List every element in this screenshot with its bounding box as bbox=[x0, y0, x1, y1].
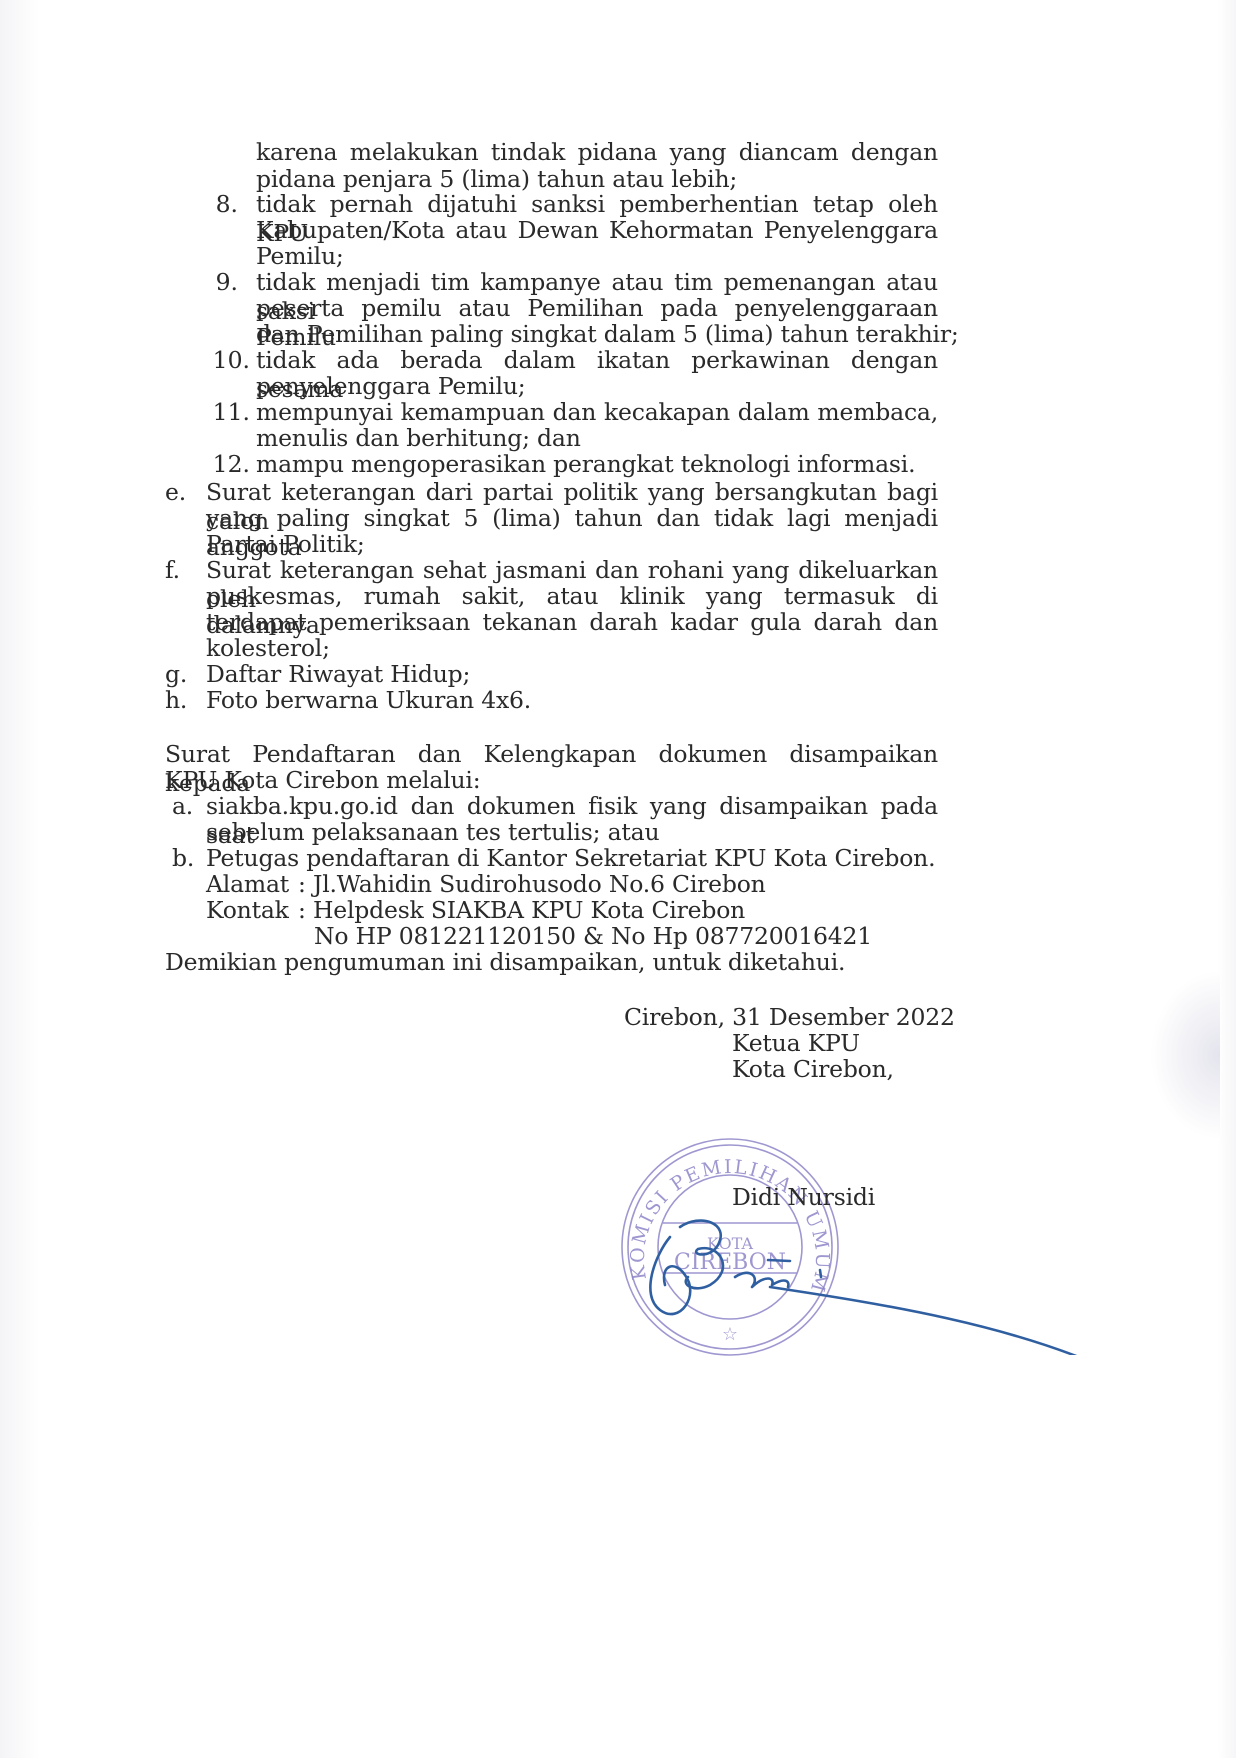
item-number-8: 8. bbox=[200, 190, 238, 219]
scan-right-edge bbox=[1218, 0, 1236, 1758]
item-9-line-3: dan Pemilihan paling singkat dalam 5 (li… bbox=[256, 320, 959, 349]
item-11-line-1: mempunyai kemampuan dan kecakapan dalam … bbox=[256, 398, 938, 427]
signature-position-2: Kota Cirebon, bbox=[732, 1055, 894, 1084]
continuation-line-1: karena melakukan tindak pidana yang dian… bbox=[256, 138, 938, 167]
item-8-line-3: Pemilu; bbox=[256, 242, 344, 271]
closing-statement: Demikian pengumuman ini disampaikan, unt… bbox=[165, 948, 845, 977]
scan-shadow bbox=[1150, 970, 1220, 1140]
item-f-line-3: terdapat pemeriksaan tekanan darah kadar… bbox=[206, 608, 938, 637]
contact-value: : Helpdesk SIAKBA KPU Kota Cirebon bbox=[298, 896, 745, 925]
item-h-line-1: Foto berwarna Ukuran 4x6. bbox=[206, 686, 531, 715]
item-number-12: 12. bbox=[200, 450, 250, 479]
item-12-line-1: mampu mengoperasikan perangkat teknologi… bbox=[256, 450, 915, 479]
item-number-11: 11. bbox=[200, 398, 250, 427]
item-11-line-2: menulis dan berhitung; dan bbox=[256, 424, 581, 453]
item-g-line-1: Daftar Riwayat Hidup; bbox=[206, 660, 470, 689]
channel-letter-a: a. bbox=[172, 792, 193, 821]
item-letter-g: g. bbox=[165, 660, 187, 689]
item-letter-f: f. bbox=[165, 556, 180, 585]
channel-a-line-2: sebelum pelaksanaan tes tertulis; atau bbox=[206, 818, 659, 847]
handwritten-signature bbox=[640, 1215, 1140, 1355]
item-f-line-4: kolesterol; bbox=[206, 634, 330, 663]
signature-place-date: Cirebon, 31 Desember 2022 bbox=[624, 1003, 955, 1032]
channel-letter-b: b. bbox=[172, 844, 194, 873]
address-label: Alamat bbox=[206, 870, 289, 899]
item-letter-e: e. bbox=[165, 478, 186, 507]
contact-label: Kontak bbox=[206, 896, 289, 925]
signature-position-1: Ketua KPU bbox=[732, 1029, 860, 1058]
item-number-10: 10. bbox=[200, 346, 250, 375]
scan-left-edge bbox=[0, 0, 40, 1758]
address-value: : Jl.Wahidin Sudirohusodo No.6 Cirebon bbox=[298, 870, 766, 899]
item-10-line-2: penyelenggara Pemilu; bbox=[256, 372, 525, 401]
item-letter-h: h. bbox=[165, 686, 187, 715]
item-e-line-3: Partai Politik; bbox=[206, 530, 365, 559]
channel-b-line-1: Petugas pendaftaran di Kantor Sekretaria… bbox=[206, 844, 935, 873]
signatory-name: Didi Nursidi bbox=[732, 1183, 875, 1212]
submission-intro-line-2: KPU Kota Cirebon melalui: bbox=[165, 766, 480, 795]
item-8-line-2: Kabupaten/Kota atau Dewan Kehormatan Pen… bbox=[256, 216, 938, 245]
item-number-9: 9. bbox=[200, 268, 238, 297]
contact-phones: No HP 081221120150 & No Hp 087720016421 bbox=[314, 922, 872, 951]
